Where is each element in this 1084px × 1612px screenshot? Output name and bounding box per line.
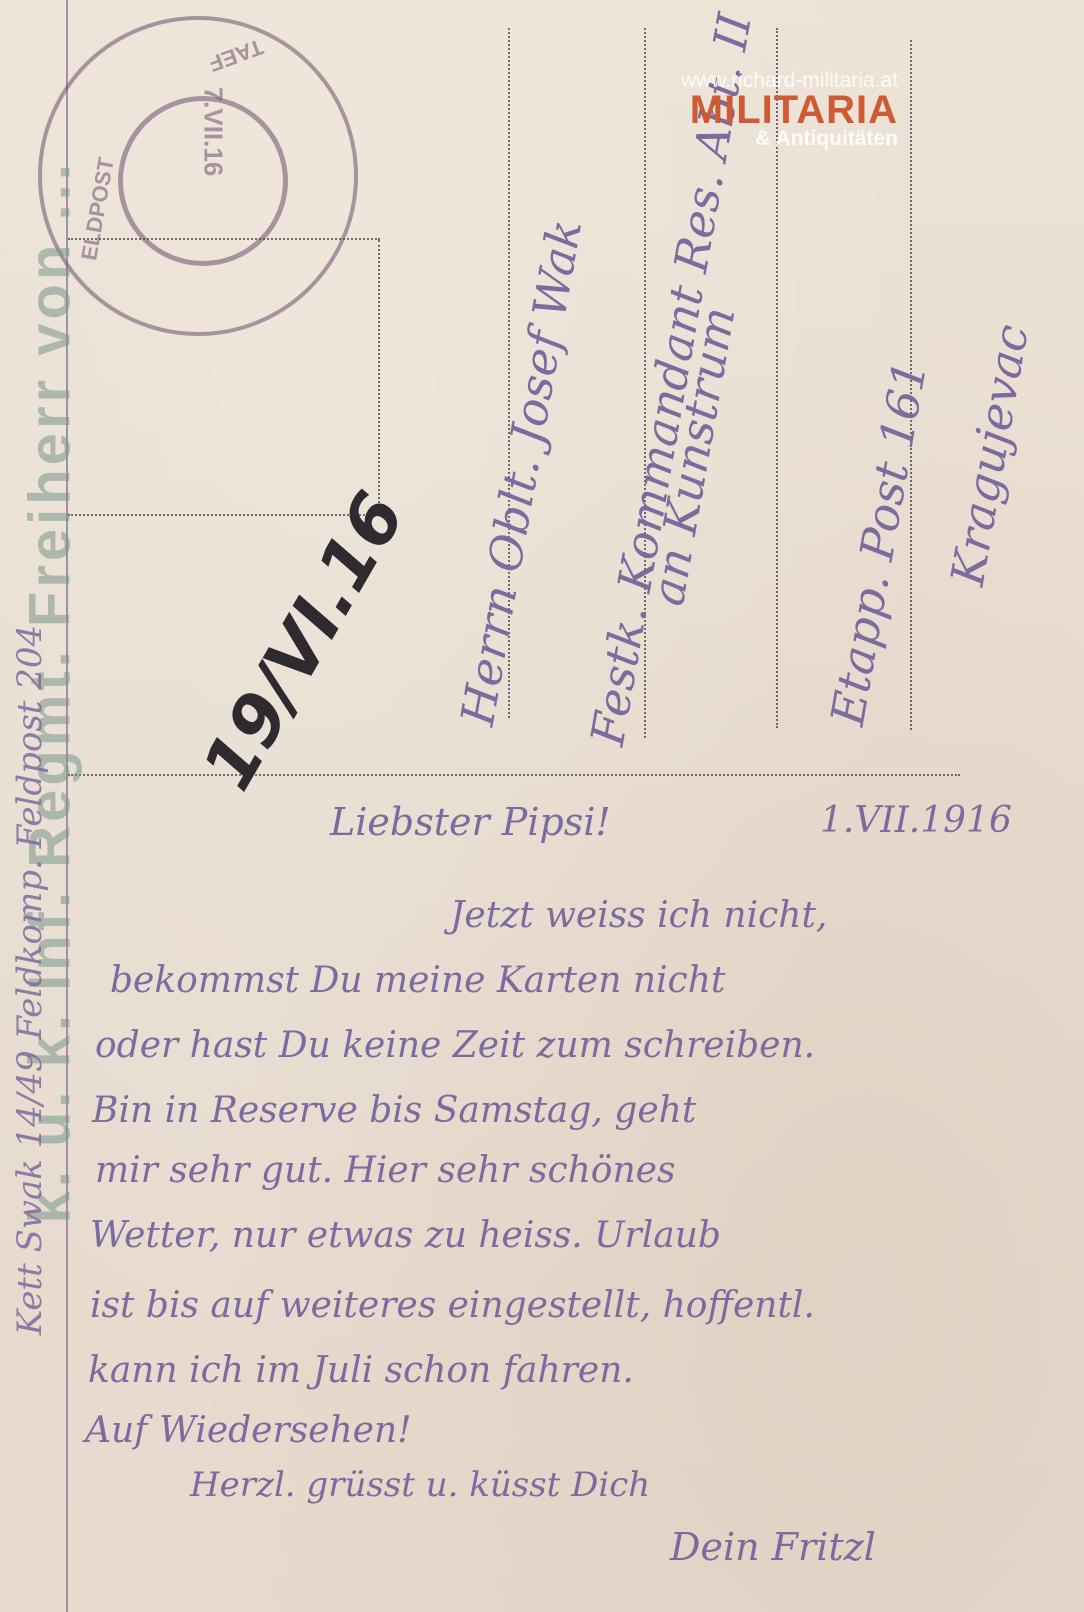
margin-note: Kett Swak 14/49 Feldkomp. Feldpost 204 <box>10 380 50 1580</box>
postmark-date: 7.VII.16 <box>197 87 228 177</box>
address-line-1: Herrn Oblt. Josef Wak <box>450 215 592 729</box>
address-line-5: Kragujevac <box>940 320 1039 589</box>
stamp-box-right-guide <box>378 240 380 515</box>
address-area-bottom-guide <box>68 774 960 776</box>
message-line: bekommst Du meine Karten nicht <box>110 960 725 1001</box>
message-line: mir sehr gut. Hier sehr schönes <box>95 1150 675 1191</box>
pencil-date-note: 19/VI.16 <box>186 479 421 803</box>
message-line: oder hast Du keine Zeit zum schreiben. <box>95 1025 815 1066</box>
letter-date: 1.VII.1916 <box>820 800 1012 841</box>
postcard: TAEF ELDPOST 7.VII.16 k. u. k. Inf. Regm… <box>0 0 1084 1612</box>
message-line: Wetter, nur etwas zu heiss. Urlaub <box>90 1215 721 1256</box>
signature: Dein Fritzl <box>670 1525 876 1569</box>
message-line: kann ich im Juli schon fahren. <box>88 1350 634 1391</box>
closing: Herzl. grüsst u. küsst Dich <box>190 1465 650 1505</box>
postmark-stamp: TAEF ELDPOST 7.VII.16 <box>38 16 358 336</box>
message-line: Auf Wiedersehen! <box>85 1410 412 1451</box>
message-line: ist bis auf weiteres eingestellt, hoffen… <box>90 1285 815 1326</box>
watermark: www.richard-militaria.at MILITARIA & Ant… <box>598 70 898 150</box>
watermark-brand: MILITARIA <box>598 92 898 128</box>
message-line: Jetzt weiss ich nicht, <box>450 895 827 936</box>
message-line: Bin in Reserve bis Samstag, geht <box>92 1090 696 1131</box>
address-line-4: Etapp. Post 161 <box>820 357 937 730</box>
salutation: Liebster Pipsi! <box>330 800 611 844</box>
